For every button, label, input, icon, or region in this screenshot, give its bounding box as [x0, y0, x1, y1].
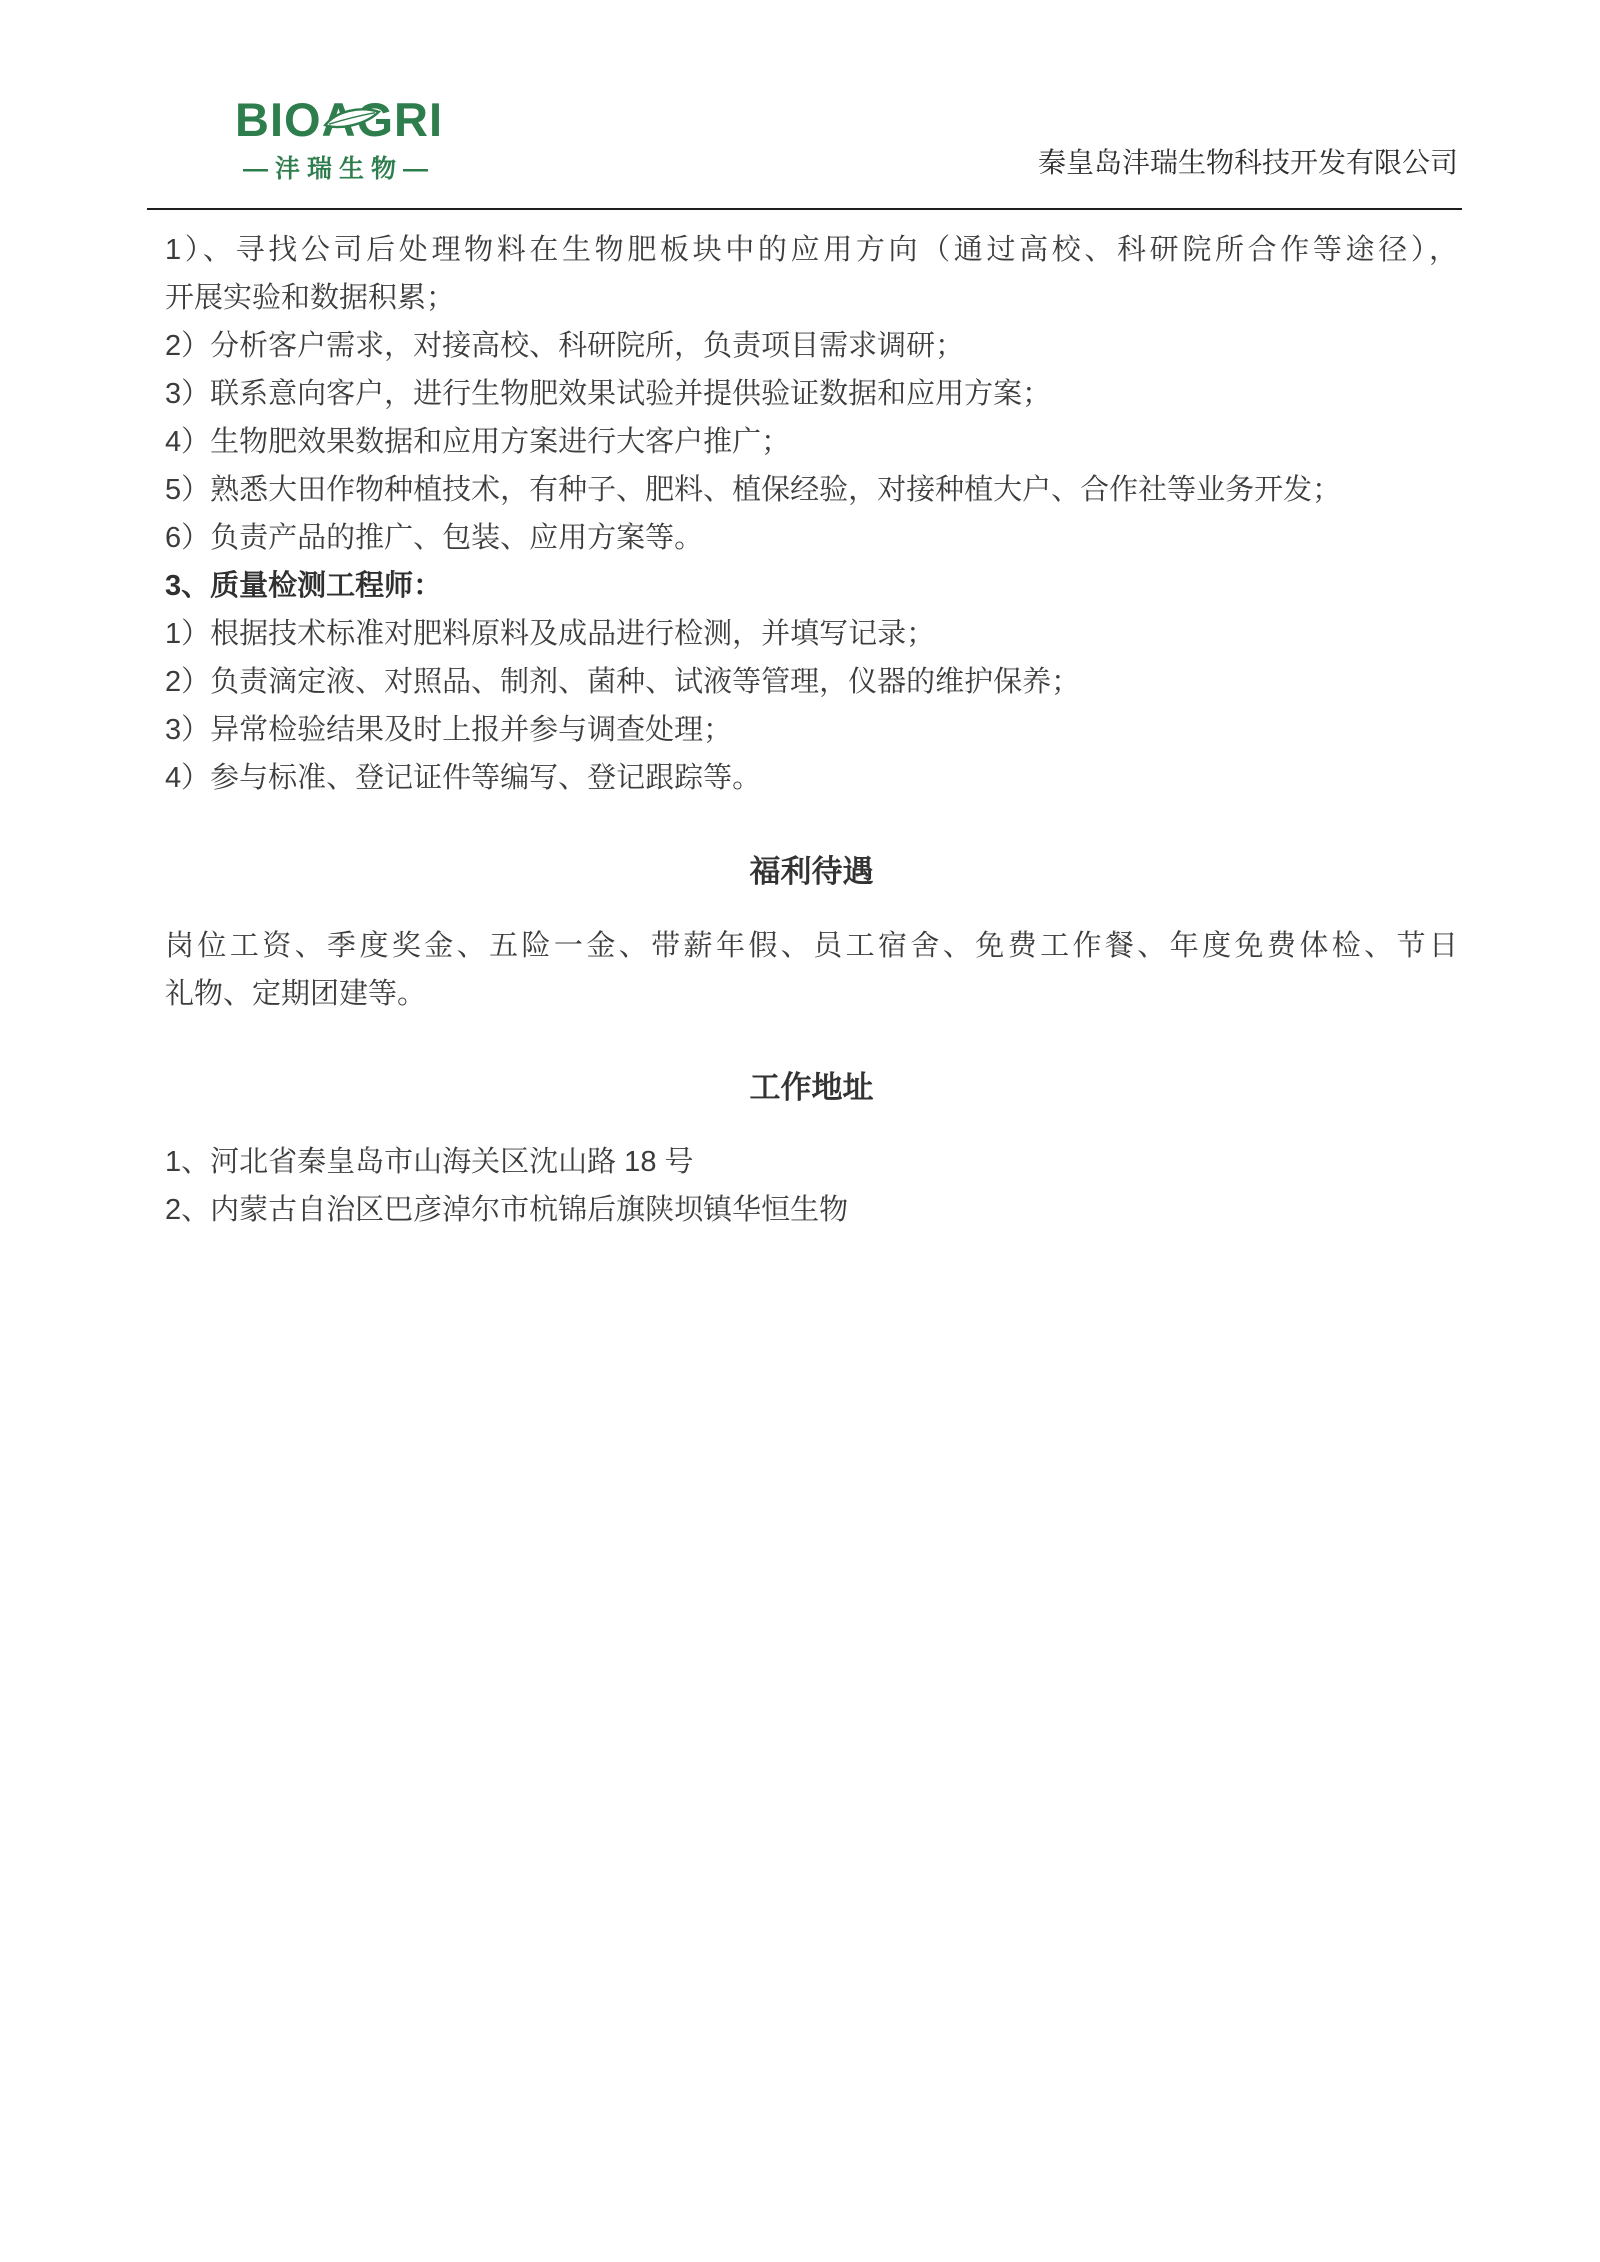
duty-line-4: 4）生物肥效果数据和应用方案进行大客户推广； [165, 418, 1458, 466]
document-body: 1）、寻找公司后处理物料在生物肥板块中的应用方向（通过高校、科研院所合作等途径）… [165, 226, 1458, 1234]
location-item-2: 2、内蒙古自治区巴彦淖尔市杭锦后旗陕坝镇华恒生物 [165, 1186, 1458, 1234]
benefits-line-2: 礼物、定期团建等。 [165, 970, 1458, 1018]
duty-line-1b: 开展实验和数据积累； [165, 274, 1458, 322]
duty-line-5: 5）熟悉大田作物种植技术，有种子、肥料、植保经验，对接种植大户、合作社等业务开发… [165, 466, 1458, 514]
header-divider [147, 208, 1462, 210]
benefits-section-title: 福利待遇 [165, 848, 1458, 896]
location-section-title: 工作地址 [165, 1064, 1458, 1112]
brand-logo: BIOAGRI —沣瑞生物— [235, 96, 443, 185]
qc-duty-line-4: 4）参与标准、登记证件等编写、登记跟踪等。 [165, 754, 1458, 802]
qc-duty-line-3: 3）异常检验结果及时上报并参与调查处理； [165, 706, 1458, 754]
qc-duty-line-1: 1）根据技术标准对肥料原料及成品进行检测，并填写记录； [165, 610, 1458, 658]
brand-tagline: —沣瑞生物— [235, 149, 443, 185]
company-name: 秦皇岛沣瑞生物科技开发有限公司 [1038, 141, 1458, 185]
page-header: BIOAGRI —沣瑞生物— 秦皇岛沣瑞生物科技开发有限公司 [165, 96, 1458, 185]
duty-line-2: 2）分析客户需求，对接高校、科研院所，负责项目需求调研； [165, 322, 1458, 370]
duty-line-6: 6）负责产品的推广、包装、应用方案等。 [165, 514, 1458, 562]
brand-text: BIOAGRI [235, 93, 443, 146]
duty-line-3: 3）联系意向客户，进行生物肥效果试验并提供验证数据和应用方案； [165, 370, 1458, 418]
benefits-line-1: 岗位工资、季度奖金、五险一金、带薪年假、员工宿舍、免费工作餐、年度免费体检、节日 [165, 922, 1458, 970]
role-heading-qc-engineer: 3、质量检测工程师： [165, 562, 1458, 610]
qc-duty-line-2: 2）负责滴定液、对照品、制剂、菌种、试液等管理，仪器的维护保养； [165, 658, 1458, 706]
brand-wordmark: BIOAGRI [235, 96, 443, 143]
duty-line-1: 1）、寻找公司后处理物料在生物肥板块中的应用方向（通过高校、科研院所合作等途径）… [165, 226, 1458, 274]
document-page: BIOAGRI —沣瑞生物— 秦皇岛沣瑞生物科技开发有限公司 1）、寻找公司后处… [0, 0, 1600, 2262]
location-item-1: 1、河北省秦皇岛市山海关区沈山路 18 号 [165, 1138, 1458, 1186]
